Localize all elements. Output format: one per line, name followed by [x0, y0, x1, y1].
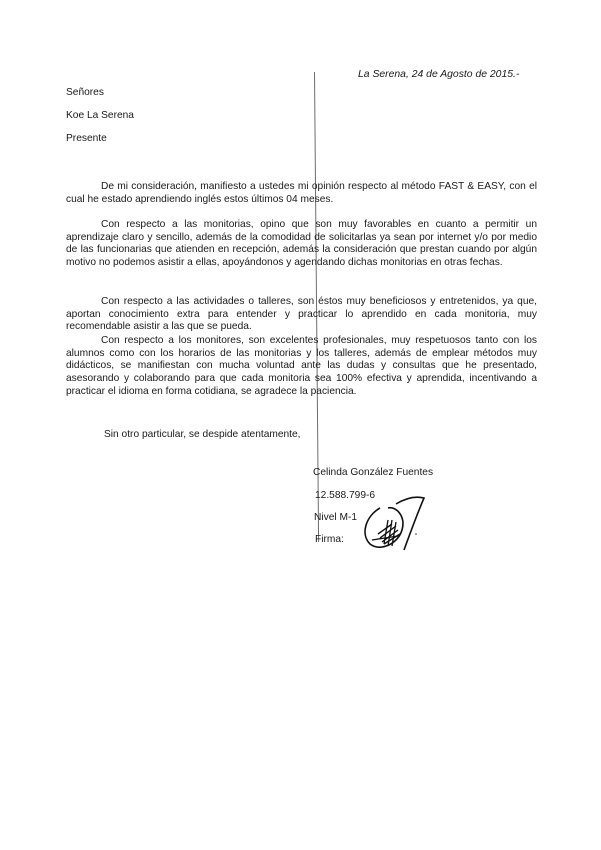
signer-level: Nivel M-1: [314, 512, 357, 523]
paragraph-monitores: Con respecto a los monitores, son excele…: [66, 335, 537, 399]
closing-line: Sin otro particular, se despide atentame…: [104, 429, 301, 440]
paragraph-monitorias: Con respecto a las monitorias, opino que…: [66, 219, 537, 270]
handwritten-signature-icon: [358, 494, 428, 552]
letter-date: La Serena, 24 de Agosto de 2015.-: [358, 69, 519, 80]
scanned-letter-page: La Serena, 24 de Agosto de 2015.- Señore…: [0, 0, 601, 850]
signer-name: Celinda González Fuentes: [313, 467, 433, 478]
addressee-presente: Presente: [66, 133, 107, 144]
paragraph-talleres: Con respecto a las actividades o tallere…: [66, 296, 537, 334]
signature-label: Firma:: [315, 534, 344, 545]
paragraph-introduction: De mi consideración, manifiesto a ustede…: [66, 181, 537, 206]
addressee-organization: Koe La Serena: [66, 110, 134, 121]
addressee-salutation: Señores: [66, 87, 104, 98]
